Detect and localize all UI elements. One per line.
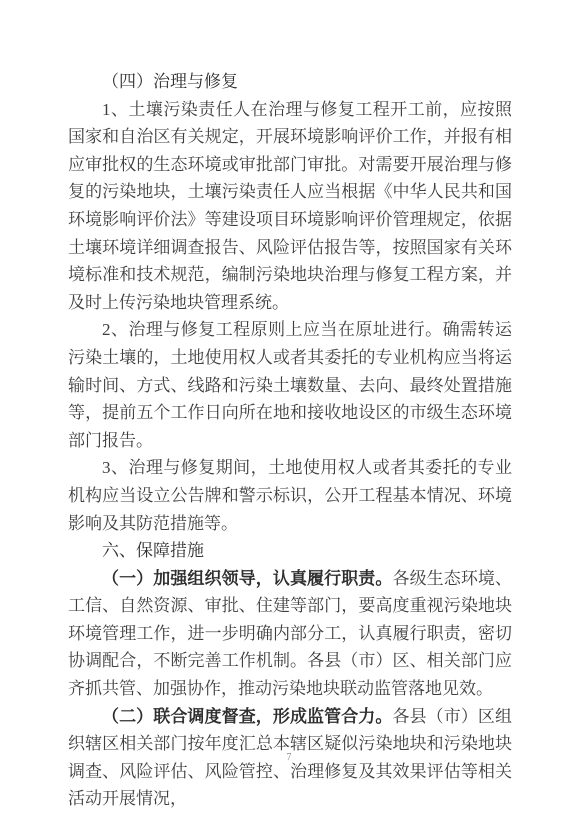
page-number: 7 bbox=[0, 752, 578, 763]
paragraph-4-rest: 各级生态环境、工信、自然资源、审批、住建等部门，要高度重视污染地块环境管理工作，… bbox=[68, 569, 512, 698]
paragraph-2: 2、治理与修复工程原则上应当在原址进行。确需转运污染土壤的，土地使用权人或者其委… bbox=[68, 316, 512, 454]
section-heading-safeguards: 六、保障措施 bbox=[68, 537, 512, 565]
paragraph-3: 3、治理与修复期间，土地使用权人或者其委托的专业机构应当设立公告牌和警示标识，公… bbox=[68, 454, 512, 537]
document-body: （四）治理与修复 1、土壤污染责任人在治理与修复工程开工前，应按照国家和自治区有… bbox=[68, 68, 512, 813]
section-heading-treatment-repair: （四）治理与修复 bbox=[68, 68, 512, 96]
paragraph-4-lead: （一）加强组织领导，认真履行职责。 bbox=[102, 569, 392, 588]
paragraph-5-lead: （二）联合调度督查，形成监管合力。 bbox=[102, 707, 392, 726]
paragraph-1: 1、土壤污染责任人在治理与修复工程开工前，应按照国家和自治区有关规定，开展环境影… bbox=[68, 96, 512, 317]
document-page: （四）治理与修复 1、土壤污染责任人在治理与修复工程开工前，应按照国家和自治区有… bbox=[0, 0, 578, 818]
paragraph-4: （一）加强组织领导，认真履行职责。各级生态环境、工信、自然资源、审批、住建等部门… bbox=[68, 565, 512, 703]
